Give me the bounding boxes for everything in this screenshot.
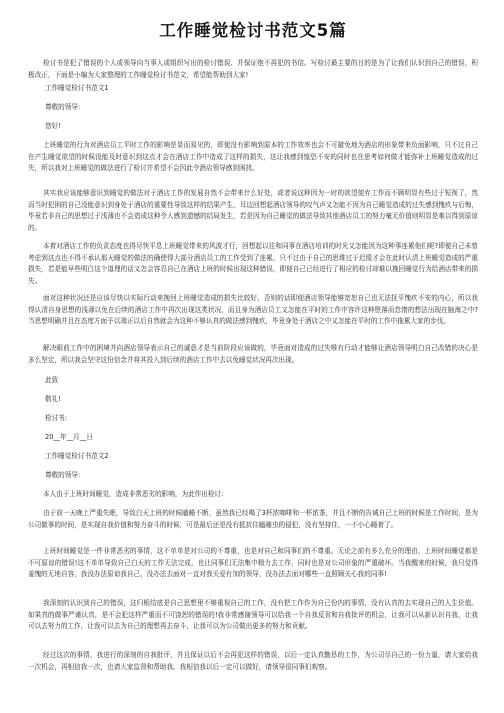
closing-jing-li: 敬礼! <box>28 394 495 406</box>
sample2-salutation: 尊敬的领导: <box>28 470 495 482</box>
date-line: 20__年__月__日 <box>28 432 495 444</box>
sample2-paragraph-2: 由于前一天晚上严重失眠，导致白天上班的时候瞌睡不断，虽然我已经喝了3杯浓咖啡和一… <box>28 508 478 531</box>
sample2-paragraph-4: 我深刻的认识到自己的错误，这归根结底是自己思想里不够重视自己的工作，没有把工作作… <box>28 598 478 633</box>
sample1-paragraph-2: 其实我应该能够意识到睡觉的做法对于酒店工作的发展自然不会带来什么好处，或者说这种… <box>28 188 478 234</box>
sample1-paragraph-3: 本着对酒店工作的负责态度也得尽快平息上班睡觉带来的风波才行，回想起以往和同事在酒… <box>28 241 478 287</box>
intro-paragraph: 检讨书是犯了错误的个人或领导向当事人或组织写出的检讨错误、并保证绝不再犯的书信。… <box>28 58 478 81</box>
sample1-paragraph-1: 上班睡觉的行为对酒店员工平时工作的影响是显而易见的，即便没有影响到原本的工作效率… <box>28 140 478 175</box>
sample1-heading: 工作睡觉检讨书范文1 <box>28 83 495 95</box>
sample2-paragraph-3: 上班时间睡觉是一件非常恶劣的事情，这不单单是对公司的不尊重，也是对自己和同事们的… <box>28 546 478 581</box>
signature-line: 检讨书: <box>28 413 495 425</box>
sample2-heading: 工作睡觉检讨书范文2 <box>28 451 495 463</box>
sample1-paragraph-5: 解决眼前工作中的困境并向酒店领导表示自己的诚意才是当前阶段应该做的，毕竟面对造成… <box>28 343 478 366</box>
closing-ci-zhi: 此致 <box>28 375 495 387</box>
sample1-salutation: 尊敬的领导: <box>28 102 495 114</box>
document-title: 工作睡觉检讨书范文5篇 <box>28 20 478 42</box>
sample2-paragraph-5: 经过这次的事情，我进行的深刻的自我批评，并且保证以后不会再犯这样的错误，以后一定… <box>28 650 478 673</box>
sample1-greeting: 您好! <box>28 121 495 133</box>
sample2-paragraph-1: 本人由于上班时间睡觉，造成非常恶劣的影响，为此作出检讨: <box>28 489 478 501</box>
sample1-paragraph-4: 面对这种状况还是应该尽快以实际行动来挽回上班睡觉造成的损失比较好，否则的话即便酒… <box>28 293 478 328</box>
